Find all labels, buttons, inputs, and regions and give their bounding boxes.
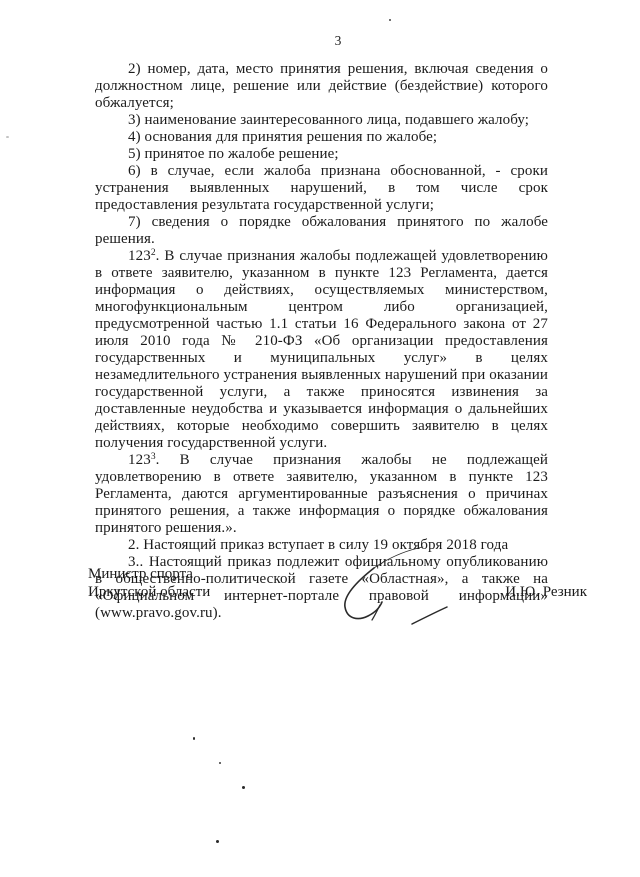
signatory-title-line1: Министр спорта — [88, 566, 210, 584]
scan-speck — [242, 786, 245, 789]
scan-speck — [216, 840, 219, 843]
document-page: 3 2) номер, дата, место принятия решения… — [0, 0, 640, 877]
paragraph-item-7: 7) сведения о порядке обжалования принят… — [95, 214, 548, 248]
paragraph-item-3: 3) наименование заинтересованного лица, … — [95, 112, 548, 129]
clause-number: 123 — [128, 452, 151, 468]
document-body: 2) номер, дата, место принятия решения, … — [95, 61, 548, 622]
paragraph-item-2: 2) номер, дата, место принятия решения, … — [95, 61, 548, 112]
signatory-title: Министр спорта Иркутской области — [88, 566, 210, 601]
signature-ink — [330, 538, 455, 633]
page-number: 3 — [328, 33, 348, 49]
clause-superscript: 2 — [151, 248, 156, 258]
signatory-name: И.Ю. Резник — [505, 584, 587, 602]
paragraph-123-2: 1232. В случае признания жалобы подлежащ… — [95, 248, 548, 452]
paragraph-item-5: 5) принятое по жалобе решение; — [95, 146, 548, 163]
paragraph-123-3: 1233. В случае признания жалобы не подле… — [95, 452, 548, 537]
scan-speck — [389, 19, 391, 21]
paragraph-order-2: 2. Настоящий приказ вступает в силу 19 о… — [95, 537, 548, 554]
clause-text: . В случае признания жалобы подлежащей у… — [95, 248, 548, 451]
scan-speck — [193, 737, 195, 740]
clause-number: 123 — [128, 248, 151, 264]
clause-text: . В случае признания жалобы не подлежаще… — [95, 452, 548, 536]
scan-speck — [219, 762, 221, 764]
signatory-title-line2: Иркутской области — [88, 584, 210, 602]
scan-speck — [6, 136, 9, 138]
paragraph-item-4: 4) основания для принятия решения по жал… — [95, 129, 548, 146]
clause-superscript: 3 — [151, 452, 156, 462]
paragraph-item-6: 6) в случае, если жалоба признана обосно… — [95, 163, 548, 214]
